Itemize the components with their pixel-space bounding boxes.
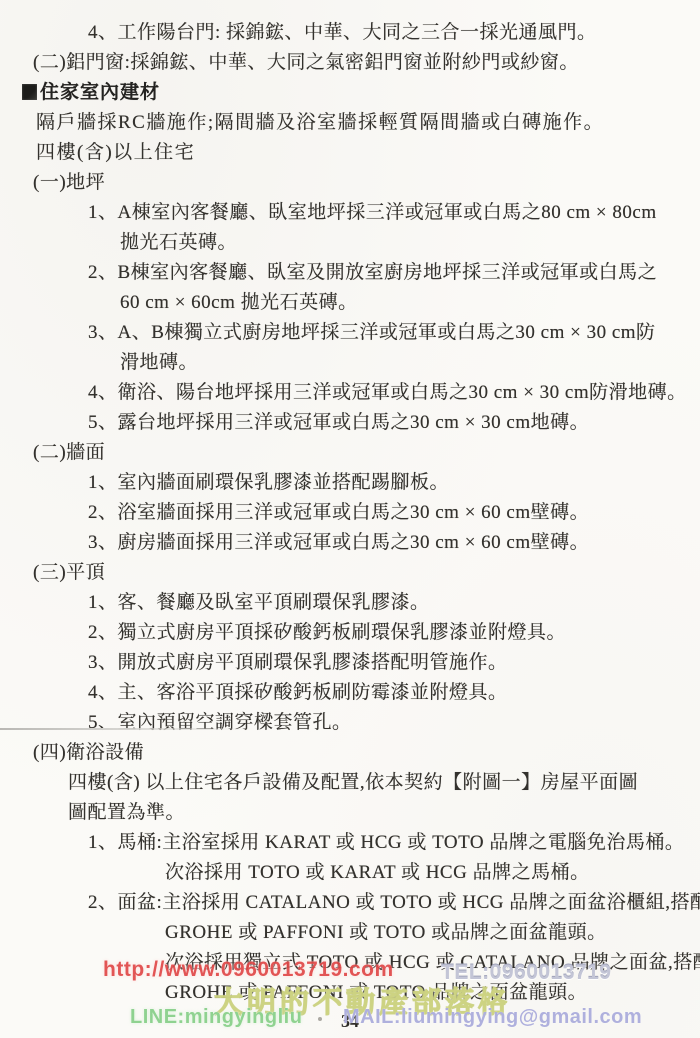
- watermark-email: MAIL:liumingying@gmail.com: [343, 1006, 642, 1029]
- section-heading: 住家室內建材: [22, 80, 160, 106]
- text-line: 圖配置為準。: [68, 800, 185, 826]
- text-line: 2、B棟室內客餐廳、臥室及開放室廚房地坪採三洋或冠軍或白馬之: [88, 260, 657, 286]
- text-line: 3、A、B棟獨立式廚房地坪採三洋或冠軍或白馬之30 cm × 30 cm防: [88, 320, 656, 346]
- text-line: 1、客、餐廳及臥室平頂刷環保乳膠漆。: [88, 590, 430, 616]
- text-line: (一)地坪: [33, 170, 105, 196]
- text-line: 2、面盆:主浴採用 CATALANO 或 TOTO 或 HCG 品牌之面盆浴櫃組…: [88, 890, 700, 916]
- watermark-url: http://www.0960013719.com: [103, 958, 394, 982]
- text-line: 拋光石英磚。: [120, 230, 237, 256]
- text-line: 1、馬桶:主浴室採用 KARAT 或 HCG 或 TOTO 品牌之電腦免治馬桶。: [88, 830, 684, 856]
- text-line: GROHE 或 PAFFONI 或 TOTO 或品牌之面盆龍頭。: [165, 920, 607, 946]
- text-line: 1、A棟室內客餐廳、臥室地坪採三洋或冠軍或白馬之80 cm × 80cm: [88, 200, 657, 226]
- text-line: 4、主、客浴平頂採矽酸鈣板刷防霉漆並附燈具。: [88, 680, 508, 706]
- scan-artifact-line: [0, 728, 255, 730]
- text-line: (三)平頂: [33, 560, 105, 586]
- watermark-line-id: LINE:mingyingliu: [130, 1006, 302, 1029]
- text-line: 4、衛浴、陽台地坪採用三洋或冠軍或白馬之30 cm × 30 cm防滑地磚。: [88, 380, 687, 406]
- text-line: 2、獨立式廚房平頂採矽酸鈣板刷環保乳膠漆並附燈具。: [88, 620, 566, 646]
- text-line: 2、浴室牆面採用三洋或冠軍或白馬之30 cm × 60 cm壁磚。: [88, 500, 589, 526]
- text-line: 滑地磚。: [120, 350, 198, 376]
- section-heading-label: 住家室內建材: [40, 82, 160, 103]
- text-line: 60 cm × 60cm 拋光石英磚。: [120, 290, 358, 316]
- text-line: 四樓(含)以上住宅: [36, 140, 195, 166]
- text-line: (二)牆面: [33, 440, 105, 466]
- text-line: 5、露台地坪採用三洋或冠軍或白馬之30 cm × 30 cm地磚。: [88, 410, 589, 436]
- text-line: (二)鋁門窗:採錦鋐、中華、大同之氣密鋁門窗並附紗門或紗窗。: [33, 50, 579, 76]
- text-line: 3、開放式廚房平頂刷環保乳膠漆搭配明管施作。: [88, 650, 508, 676]
- text-line: (四)衛浴設備: [33, 740, 144, 766]
- text-line: 4、工作陽台門: 採錦鋐、中華、大同之三合一採光通風門。: [88, 20, 597, 46]
- text-line: 次浴採用 TOTO 或 KARAT 或 HCG 品牌之馬桶。: [165, 860, 590, 886]
- section-marker-icon: [22, 84, 37, 100]
- text-line: 3、廚房牆面採用三洋或冠軍或白馬之30 cm × 60 cm壁磚。: [88, 530, 589, 556]
- text-line: 四樓(含) 以上住宅各戶設備及配置,依本契約【附圖一】房屋平面圖: [68, 770, 638, 796]
- text-line: 隔戶牆採RC牆施作;隔間牆及浴室牆採輕質隔間牆或白磚施作。: [36, 110, 604, 136]
- text-line: 1、室內牆面刷環保乳膠漆並搭配踢腳板。: [88, 470, 449, 496]
- document-page: 4、工作陽台門: 採錦鋐、中華、大同之三合一採光通風門。(二)鋁門窗:採錦鋐、中…: [0, 0, 700, 1038]
- text-line: 5、室內預留空調穿樑套管孔。: [88, 710, 352, 736]
